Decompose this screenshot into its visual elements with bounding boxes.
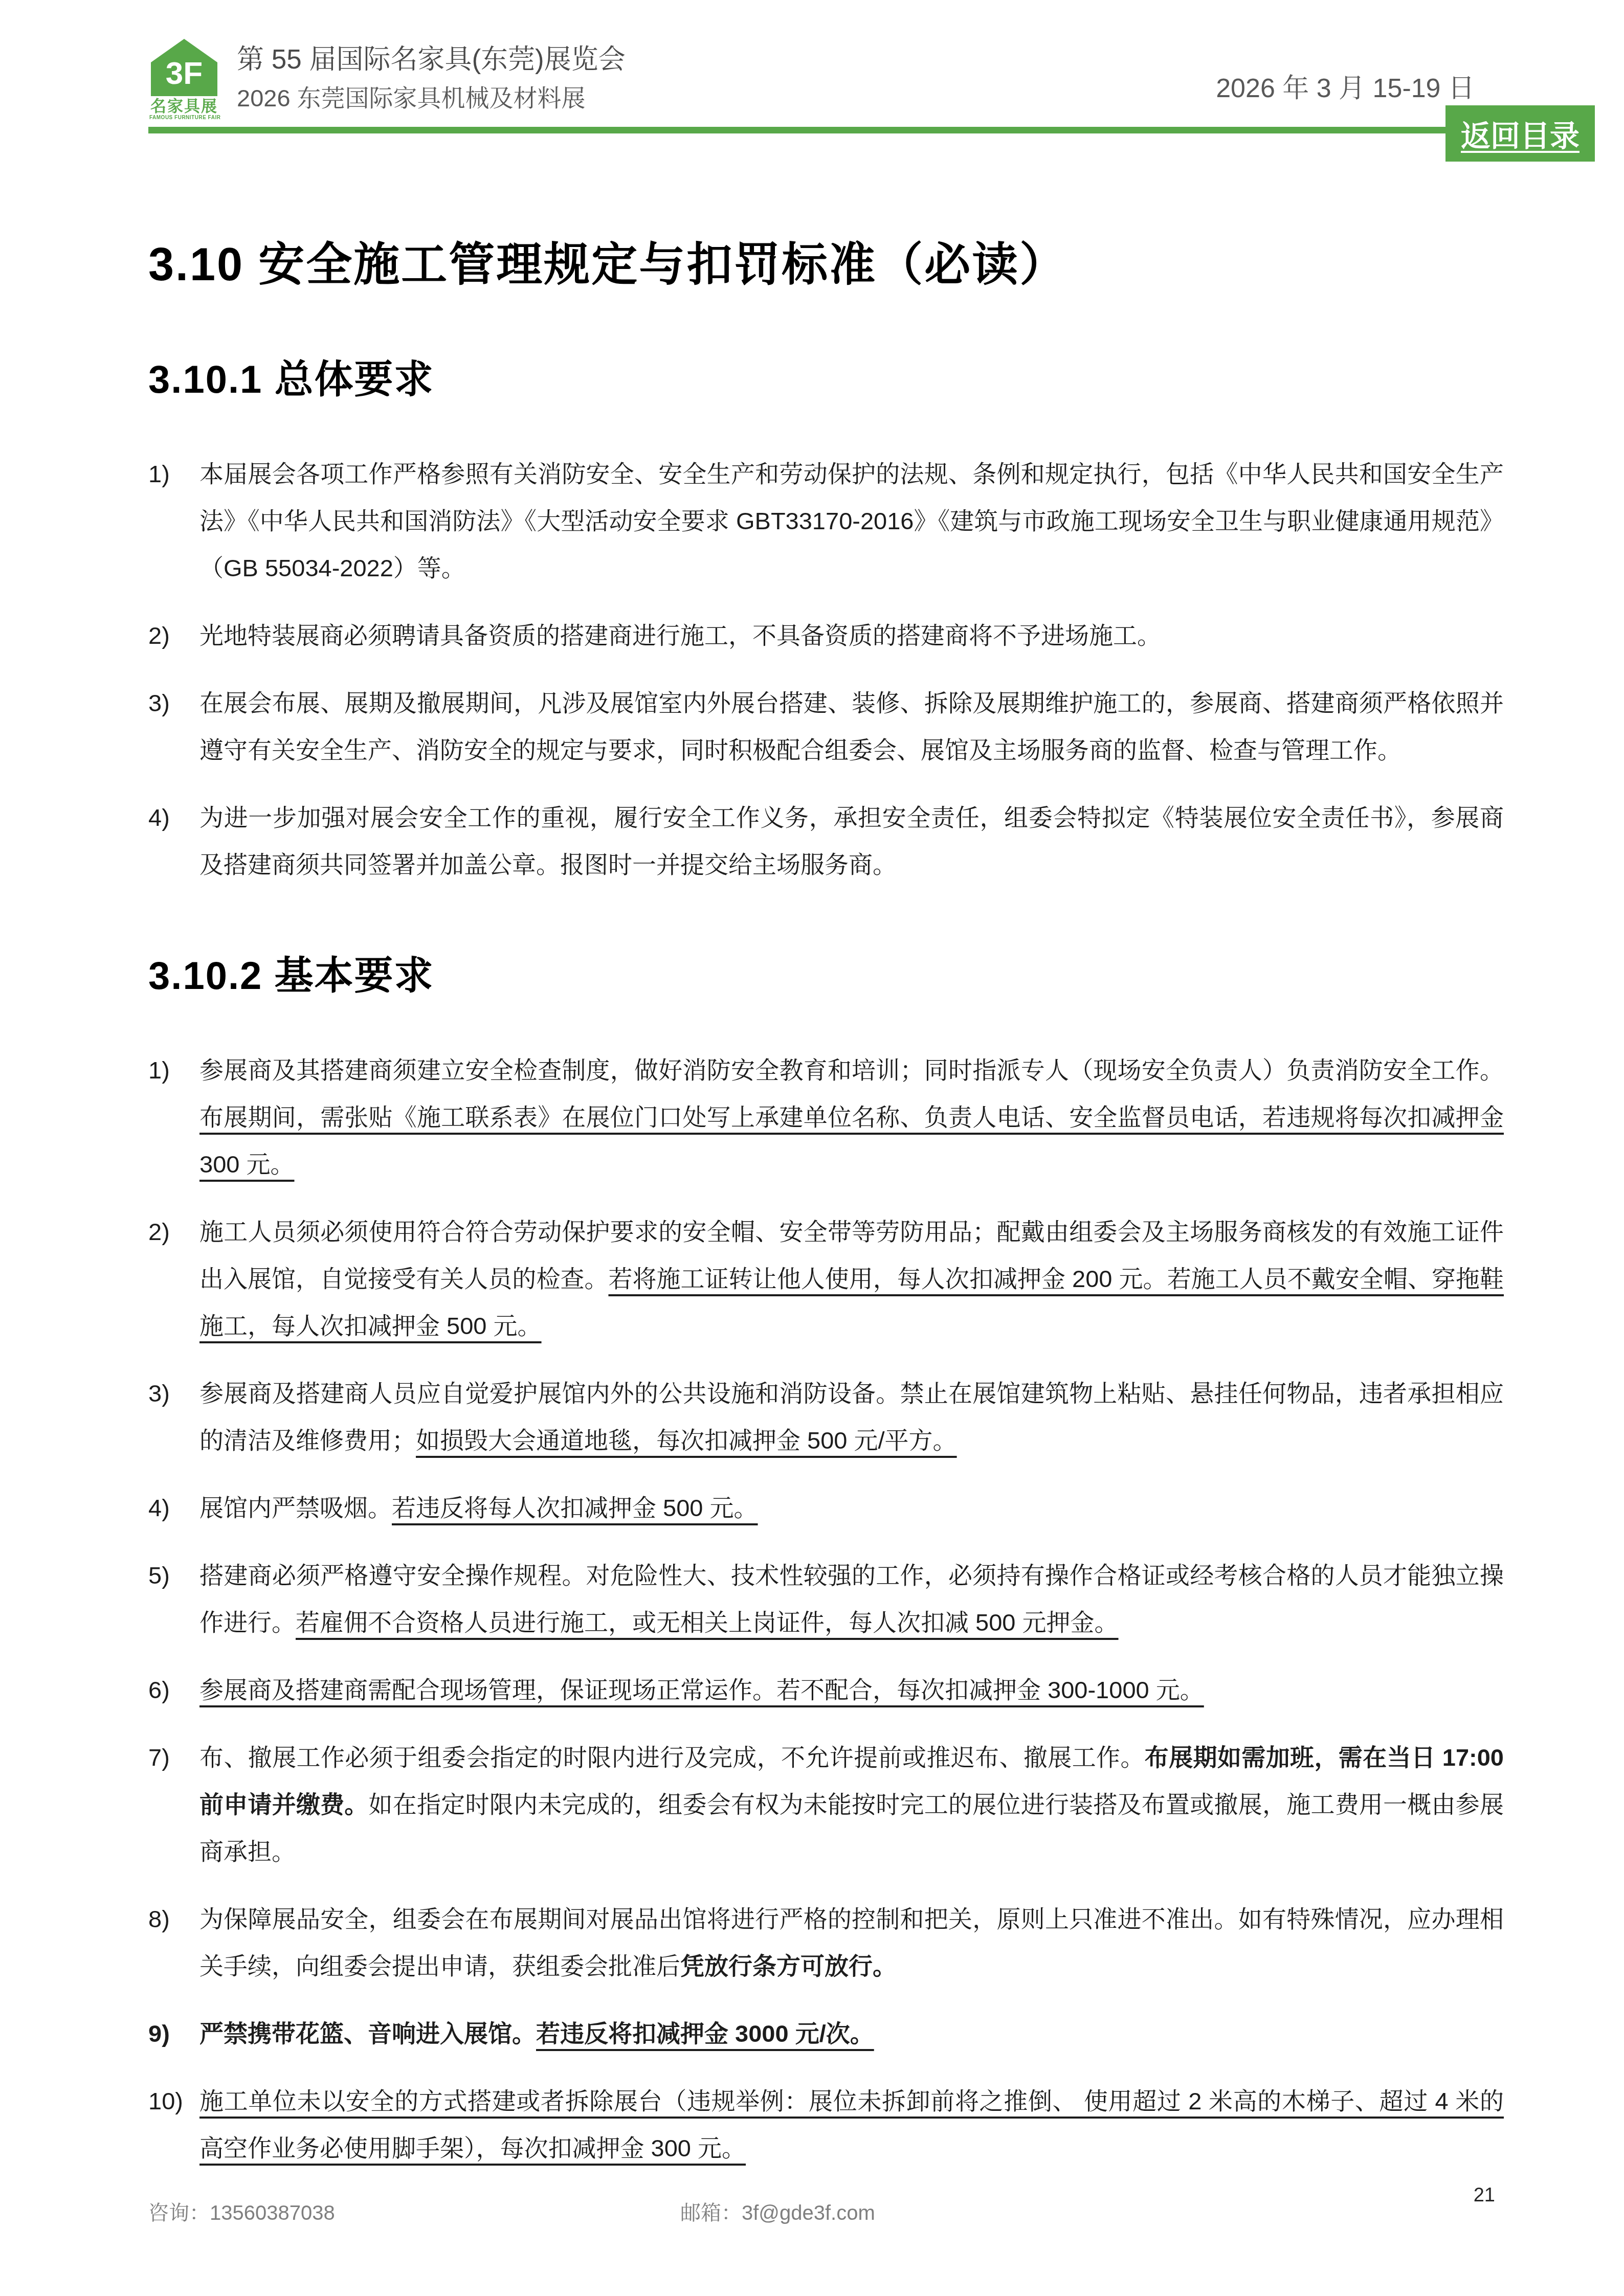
list-item: 3)在展会布展、展期及撤展期间，凡涉及展馆室内外展台搭建、装修、拆除及展期维护施… — [148, 680, 1504, 774]
page-header: 3F 名家具展 FAMOUS FURNITURE FAIR 第 55 届国际名家… — [0, 0, 1624, 134]
header-divider — [148, 127, 1583, 133]
list-item: 8)为保障展品安全，组委会在布展期间对展品出馆将进行严格的控制和把关，原则上只准… — [148, 1896, 1504, 1990]
document-page: 3F 名家具展 FAMOUS FURNITURE FAIR 第 55 届国际名家… — [0, 0, 1624, 2296]
item-number: 3) — [148, 680, 170, 727]
text-segment: 施工单位未以安全的方式搭建或者拆除展台（违规举例：展位未拆卸前将之推倒、 使用超… — [199, 2087, 1504, 2162]
item-text: 搭建商必须严格遵守安全操作规程。对危险性大、技术性较强的工作，必须持有操作合格证… — [199, 1562, 1504, 1636]
list-item: 5)搭建商必须严格遵守安全操作规程。对危险性大、技术性较强的工作，必须持有操作合… — [148, 1552, 1504, 1646]
page-number: 21 — [1474, 2185, 1495, 2207]
list-item: 4)展馆内严禁吸烟。若违反将每人次扣减押金 500 元。 — [148, 1484, 1504, 1532]
list-item: 1)本届展会各项工作严格参照有关消防安全、安全生产和劳动保护的法规、条例和规定执… — [148, 451, 1504, 592]
house-logo-icon: 3F — [151, 39, 217, 96]
list-item: 1)参展商及其搭建商须建立安全检查制度，做好消防安全教育和培训；同时指派专人（现… — [148, 1047, 1504, 1188]
item-text: 施工单位未以安全的方式搭建或者拆除展台（违规举例：展位未拆卸前将之推倒、 使用超… — [199, 2087, 1504, 2162]
logo-name-en: FAMOUS FURNITURE FAIR — [149, 116, 219, 121]
text-segment: 为进一步加强对展会安全工作的重视，履行安全工作义务，承担安全责任，组委会特拟定《… — [199, 804, 1504, 878]
item-text: 在展会布展、展期及撤展期间，凡涉及展馆室内外展台搭建、装修、拆除及展期维护施工的… — [199, 689, 1504, 763]
text-segment: 凭放行条方可放行。 — [680, 1952, 897, 1979]
list-item: 9)严禁携带花篮、音响进入展馆。若违反将扣减押金 3000 元/次。 — [148, 2010, 1504, 2057]
item-text: 为保障展品安全，组委会在布展期间对展品出馆将进行严格的控制和把关，原则上只准进不… — [199, 1905, 1504, 1979]
item-text: 本届展会各项工作严格参照有关消防安全、安全生产和劳动保护的法规、条例和规定执行，… — [199, 460, 1504, 581]
item-number: 7) — [148, 1734, 170, 1781]
text-segment: 在展会布展、展期及撤展期间，凡涉及展馆室内外展台搭建、装修、拆除及展期维护施工的… — [199, 689, 1504, 763]
item-text: 参展商及其搭建商须建立安全检查制度，做好消防安全教育和培训；同时指派专人（现场安… — [199, 1056, 1504, 1178]
text-segment: 若雇佣不合资格人员进行施工，或无相关上岗证件，每人次扣减 500 元押金。 — [296, 1609, 1119, 1636]
fair-title: 第 55 届国际名家具(东莞)展览会 — [237, 44, 626, 76]
item-number: 4) — [148, 1484, 170, 1532]
page-title: 3.10 安全施工管理规定与扣罚标准（必读） — [148, 239, 1504, 292]
basic-requirements-list: 1)参展商及其搭建商须建立安全检查制度，做好消防安全教育和培训；同时指派专人（现… — [148, 1047, 1504, 2172]
text-segment: 若违反将扣减押金 3000 元/次。 — [536, 2020, 874, 2047]
list-item: 3)参展商及搭建商人员应自觉爱护展馆内外的公共设施和消防设备。禁止在展馆建筑物上… — [148, 1370, 1504, 1464]
document-body: 3.10 安全施工管理规定与扣罚标准（必读） 3.10.1 总体要求 1)本届展… — [148, 239, 1504, 2172]
back-to-toc-button[interactable]: 返回目录 — [1445, 105, 1595, 162]
list-item: 2)施工人员须必须使用符合符合劳动保护要求的安全帽、安全带等劳防用品；配戴由组委… — [148, 1208, 1504, 1349]
item-text: 施工人员须必须使用符合符合劳动保护要求的安全帽、安全带等劳防用品；配戴由组委会及… — [199, 1218, 1504, 1339]
item-text: 为进一步加强对展会安全工作的重视，履行安全工作义务，承担安全责任，组委会特拟定《… — [199, 804, 1504, 878]
item-text: 展馆内严禁吸烟。若违反将每人次扣减押金 500 元。 — [199, 1494, 758, 1521]
text-segment: 参展商及其搭建商须建立安全检查制度，做好消防安全教育和培训；同时指派专人（现场安… — [199, 1056, 1504, 1084]
item-number: 8) — [148, 1896, 170, 1943]
header-titles: 第 55 届国际名家具(东莞)展览会 2026 东莞国际家具机械及材料展 — [237, 44, 626, 112]
item-number: 3) — [148, 1370, 170, 1417]
footer-email: 邮箱：3f@gde3f.com — [680, 2197, 875, 2226]
list-item: 6)参展商及搭建商需配合现场管理，保证现场正常运作。若不配合，每次扣减押金 30… — [148, 1667, 1504, 1714]
text-segment: 布、撤展工作必须于组委会指定的时限内进行及完成，不允许提前或推迟布、撤展工作。 — [199, 1744, 1145, 1771]
item-text: 布、撤展工作必须于组委会指定的时限内进行及完成，不允许提前或推迟布、撤展工作。布… — [199, 1744, 1504, 1865]
list-item: 2)光地特装展商必须聘请具备资质的搭建商进行施工，不具备资质的搭建商将不予进场施… — [148, 612, 1504, 659]
text-segment: 参展商及搭建商需配合现场管理，保证现场正常运作。若不配合，每次扣减押金 300-… — [199, 1676, 1204, 1703]
list-item: 7)布、撤展工作必须于组委会指定的时限内进行及完成，不允许提前或推迟布、撤展工作… — [148, 1734, 1504, 1875]
item-number: 10) — [148, 2078, 183, 2125]
item-text: 严禁携带花篮、音响进入展馆。若违反将扣减押金 3000 元/次。 — [199, 2020, 874, 2047]
item-number: 1) — [148, 1047, 170, 1094]
item-text: 参展商及搭建商需配合现场管理，保证现场正常运作。若不配合，每次扣减押金 300-… — [199, 1676, 1204, 1703]
item-number: 9) — [148, 2010, 170, 2057]
text-segment: 如在指定时限内未完成的，组委会有权为未能按时完工的展位进行装搭及布置或撤展，施工… — [199, 1791, 1504, 1865]
list-item: 10)施工单位未以安全的方式搭建或者拆除展台（违规举例：展位未拆卸前将之推倒、 … — [148, 2078, 1504, 2172]
text-segment: 本届展会各项工作严格参照有关消防安全、安全生产和劳动保护的法规、条例和规定执行，… — [199, 460, 1504, 581]
item-text: 光地特装展商必须聘请具备资质的搭建商进行施工，不具备资质的搭建商将不予进场施工。 — [199, 622, 1161, 649]
fair-subtitle: 2026 东莞国际家具机械及材料展 — [237, 84, 626, 112]
text-segment: 如损毁大会通道地毯，每次扣减押金 500 元/平方。 — [416, 1427, 957, 1454]
item-text: 参展商及搭建商人员应自觉爱护展馆内外的公共设施和消防设备。禁止在展馆建筑物上粘贴… — [199, 1380, 1504, 1454]
item-number: 6) — [148, 1667, 170, 1714]
overall-requirements-list: 1)本届展会各项工作严格参照有关消防安全、安全生产和劳动保护的法规、条例和规定执… — [148, 451, 1504, 888]
text-segment: 布展期间，需张贴《施工联系表》在展位门口处写上承建单位名称、负责人电话、安全监督… — [199, 1104, 1504, 1178]
logo-name-cn: 名家具展 — [149, 98, 219, 114]
text-segment: 若违反将每人次扣减押金 500 元。 — [392, 1494, 758, 1521]
fair-dates: 2026 年 3 月 15-19 日 — [1216, 66, 1475, 105]
item-number: 5) — [148, 1552, 170, 1599]
text-segment: 严禁携带花篮、音响进入展馆。 — [199, 2020, 536, 2047]
footer-phone: 咨询：13560387038 — [148, 2197, 335, 2226]
fair-logo: 3F 名家具展 FAMOUS FURNITURE FAIR — [149, 39, 219, 121]
item-number: 4) — [148, 794, 170, 841]
section-heading-overall: 3.10.1 总体要求 — [148, 357, 1504, 402]
text-segment: 光地特装展商必须聘请具备资质的搭建商进行施工，不具备资质的搭建商将不予进场施工。 — [199, 622, 1161, 649]
item-number: 2) — [148, 612, 170, 659]
item-number: 1) — [148, 451, 170, 498]
section-heading-basic: 3.10.2 基本要求 — [148, 954, 1504, 998]
item-number: 2) — [148, 1208, 170, 1255]
text-segment: 展馆内严禁吸烟。 — [199, 1494, 392, 1521]
logo-house-text: 3F — [166, 56, 203, 91]
list-item: 4)为进一步加强对展会安全工作的重视，履行安全工作义务，承担安全责任，组委会特拟… — [148, 794, 1504, 888]
